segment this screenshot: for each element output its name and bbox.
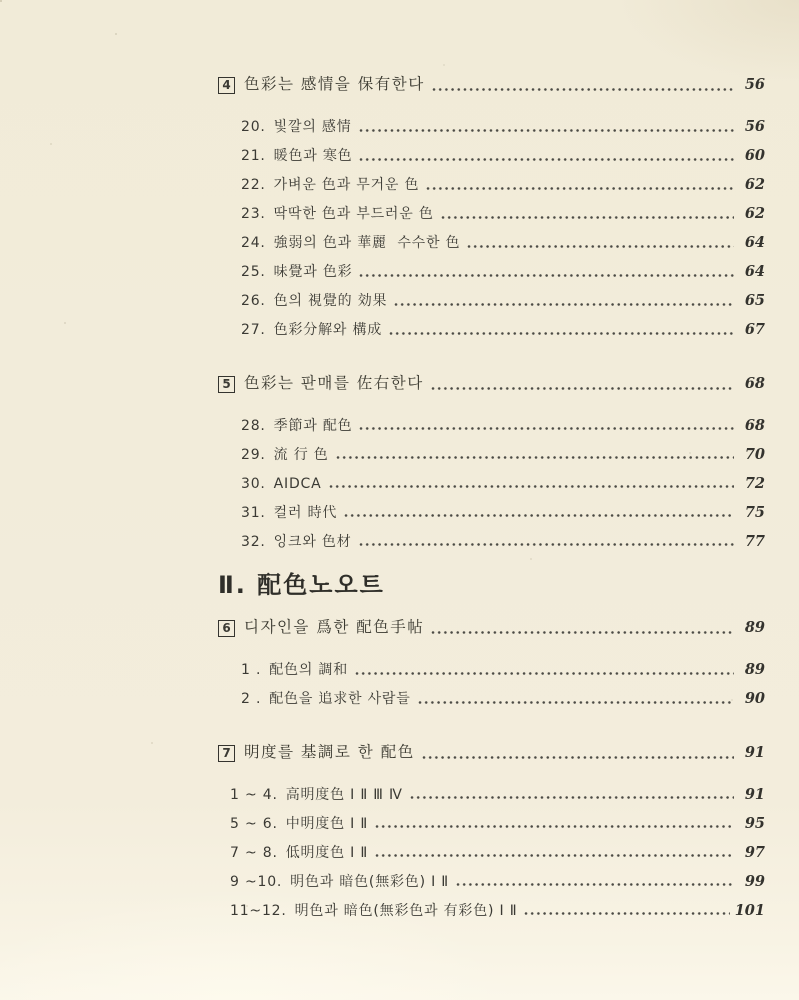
dot-leader [389,331,734,336]
item-title: 가벼운 色과 무거운 色 [274,177,420,194]
item-title: 流 行 色 [274,447,329,464]
page-number: 70 [739,447,765,464]
item-title: 딱딱한 色과 부드러운 色 [274,206,434,223]
item-title: 配色을 追求한 사람들 [269,691,410,708]
page-number: 56 [739,74,765,95]
item-number: 7 ~ 8. [230,845,278,862]
toc-section-row: 7明度를 基調로 한 配色91 [218,742,765,763]
toc-item-list: 28.季節과 配色6829.流 行 色7030.AIDCA7231.컬러 時代7… [241,418,765,551]
item-number: 2 . [241,691,261,708]
dot-leader [359,128,735,133]
item-number: 25. [241,264,266,281]
dot-leader [410,795,734,800]
dot-leader [422,755,734,760]
dot-leader [456,882,734,887]
section-number-box: 7 [218,745,235,762]
toc-item-row: 32.잉크와 色材77 [241,534,765,551]
toc-item-row: 21.暖色과 寒色60 [241,148,765,165]
item-title: 低明度色 Ⅰ Ⅱ [286,845,368,862]
page-number: 99 [739,874,765,891]
page-number: 91 [739,742,765,763]
section-title: 色彩는 感情을 保有한다 [244,74,425,95]
item-number: 28. [241,418,266,435]
page-number: 67 [739,322,765,339]
page-number: 62 [739,177,765,194]
dot-leader [394,302,734,307]
item-number: 22. [241,177,266,194]
dot-leader [359,426,734,431]
toc-item-row: 28.季節과 配色68 [241,418,765,435]
dot-leader [524,911,729,916]
item-title: 味覺과 色彩 [274,264,353,281]
toc-section-block: 5色彩는 판매를 佐右한다6828.季節과 配色6829.流 行 色7030.A… [218,373,765,551]
item-title: 컬러 時代 [274,505,338,522]
item-number: 23. [241,206,266,223]
item-title: 色의 視覺的 効果 [274,293,388,310]
toc-item-list: 1 ~ 4.高明度色 Ⅰ Ⅱ Ⅲ Ⅳ915 ~ 6.中明度色 Ⅰ Ⅱ957 ~ … [230,787,765,920]
dot-leader [355,671,734,676]
dot-leader [431,386,734,391]
toc-item-list: 20.빛깔의 感情5621.暖色과 寒色6022.가벼운 色과 무거운 色622… [241,119,765,339]
dot-leader [344,513,734,518]
item-number: 27. [241,322,266,339]
item-number: 20. [241,119,266,136]
dot-leader [418,700,734,705]
page-number: 89 [739,662,765,679]
page-number: 68 [739,418,765,435]
dot-leader [431,630,734,635]
table-of-contents: 4色彩는 感情을 保有한다5620.빛깔의 感情5621.暖色과 寒色6022.… [218,74,765,919]
page-number: 64 [739,235,765,252]
dot-leader [359,273,734,278]
item-number: 11~12. [230,903,287,920]
page-number: 64 [739,264,765,281]
item-number: 1 ~ 4. [230,787,278,804]
page-number: 72 [739,476,765,493]
toc-item-row: 1 .配色의 調和89 [241,662,765,679]
toc-section-block: 4色彩는 感情을 保有한다5620.빛깔의 感情5621.暖色과 寒色6022.… [218,74,765,339]
item-number: 29. [241,447,266,464]
dot-leader [432,87,734,92]
item-title: 中明度色 Ⅰ Ⅱ [286,816,368,833]
page-number: 89 [739,617,765,638]
section-number-box: 5 [218,376,235,393]
part-heading: Ⅱ. 配色노오트 [218,570,765,600]
section-number-box: 4 [218,77,235,94]
dot-leader [375,824,734,829]
toc-item-row: 26.色의 視覺的 効果65 [241,293,765,310]
item-number: 1 . [241,662,261,679]
dot-leader [426,186,734,191]
item-title: 明色과 暗色(無彩色과 有彩色) Ⅰ Ⅱ [295,903,518,920]
toc-item-row: 24.強弱의 色과 華麗 수수한 色64 [241,235,765,252]
page-number: 56 [739,119,765,136]
toc-item-row: 9 ~10.明色과 暗色(無彩色) Ⅰ Ⅱ99 [230,874,765,891]
item-number: 30. [241,476,266,493]
toc-item-row: 27.色彩分解와 構成67 [241,322,765,339]
item-title: 明色과 暗色(無彩色) Ⅰ Ⅱ [290,874,449,891]
toc-item-row: 20.빛깔의 感情56 [241,119,765,136]
page-number: 62 [739,206,765,223]
toc-item-row: 22.가벼운 色과 무거운 色62 [241,177,765,194]
dot-leader [375,853,734,858]
item-number: 5 ~ 6. [230,816,278,833]
paper-speck-texture [0,0,2,2]
item-number: 32. [241,534,266,551]
section-title: 디자인을 爲한 配色手帖 [244,617,424,638]
toc-item-row: 31.컬러 時代75 [241,505,765,522]
page-number: 65 [739,293,765,310]
toc-section-block: 6디자인을 爲한 配色手帖891 .配色의 調和892 .配色을 追求한 사람들… [218,617,765,708]
item-title: 色彩分解와 構成 [274,322,382,339]
scanned-book-page: 4色彩는 感情을 保有한다5620.빛깔의 感情5621.暖色과 寒色6022.… [0,0,799,1000]
dot-leader [441,215,734,220]
page-number: 101 [735,903,765,920]
item-title: AIDCA [274,476,322,493]
page-number: 91 [739,787,765,804]
toc-item-row: 30.AIDCA72 [241,476,765,493]
dot-leader [336,455,734,460]
section-title: 色彩는 판매를 佐右한다 [244,373,424,394]
toc-item-row: 11~12.明色과 暗色(無彩色과 有彩色) Ⅰ Ⅱ101 [230,903,765,920]
item-number: 9 ~10. [230,874,282,891]
dot-leader [359,157,734,162]
toc-item-row: 7 ~ 8.低明度色 Ⅰ Ⅱ97 [230,845,765,862]
item-title: 빛깔의 感情 [274,119,352,136]
dot-leader [329,484,734,489]
dot-leader [359,542,735,547]
page-number: 68 [739,373,765,394]
item-title: 高明度色 Ⅰ Ⅱ Ⅲ Ⅳ [286,787,403,804]
item-title: 暖色과 寒色 [274,148,353,165]
page-number: 90 [739,691,765,708]
toc-item-row: 25.味覺과 色彩64 [241,264,765,281]
section-number-box: 6 [218,620,235,637]
page-number: 77 [739,534,765,551]
toc-item-row: 5 ~ 6.中明度色 Ⅰ Ⅱ95 [230,816,765,833]
page-number: 95 [739,816,765,833]
item-number: 26. [241,293,266,310]
item-number: 31. [241,505,266,522]
toc-item-row: 29.流 行 色70 [241,447,765,464]
item-title: 強弱의 色과 華麗 수수한 色 [274,235,461,252]
item-title: 잉크와 色材 [274,534,352,551]
toc-section-row: 5色彩는 판매를 佐右한다68 [218,373,765,394]
item-number: 21. [241,148,266,165]
item-title: 配色의 調和 [269,662,348,679]
item-number: 24. [241,235,266,252]
toc-item-row: 23.딱딱한 色과 부드러운 色62 [241,206,765,223]
toc-item-row: 2 .配色을 追求한 사람들90 [241,691,765,708]
page-number: 97 [739,845,765,862]
page-number: 60 [739,148,765,165]
toc-section-row: 6디자인을 爲한 配色手帖89 [218,617,765,638]
toc-section-row: 4色彩는 感情을 保有한다56 [218,74,765,95]
section-title: 明度를 基調로 한 配色 [244,742,415,763]
item-title: 季節과 配色 [274,418,353,435]
toc-item-row: 1 ~ 4.高明度色 Ⅰ Ⅱ Ⅲ Ⅳ91 [230,787,765,804]
toc-item-list: 1 .配色의 調和892 .配色을 追求한 사람들90 [241,662,765,708]
toc-section-block: 7明度를 基調로 한 配色911 ~ 4.高明度色 Ⅰ Ⅱ Ⅲ Ⅳ915 ~ 6… [218,742,765,920]
dot-leader [467,244,734,249]
page-number: 75 [739,505,765,522]
